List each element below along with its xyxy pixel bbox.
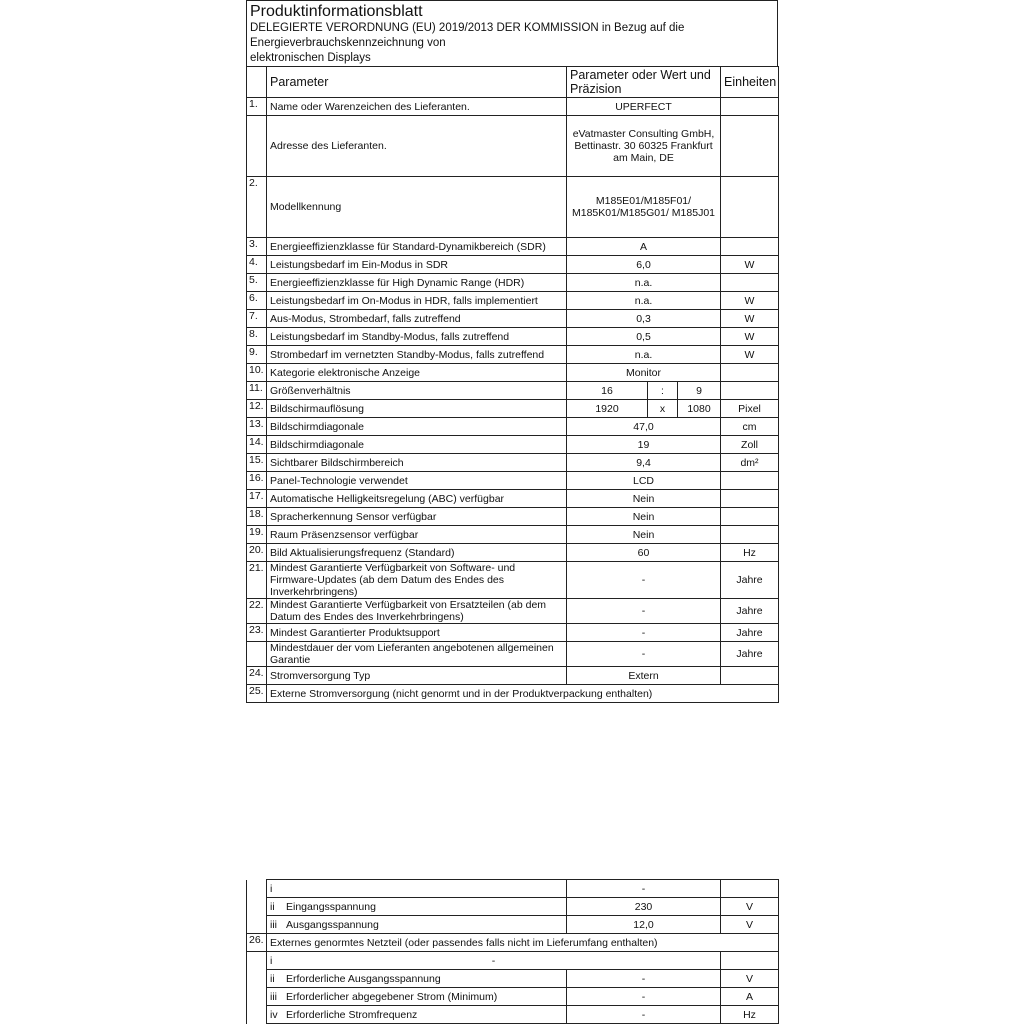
sub-row-value: - xyxy=(267,955,720,967)
row-parameter: Sichtbarer Bildschirmbereich xyxy=(267,454,567,472)
sub-row-parameter: iiEingangsspannung xyxy=(267,898,567,916)
sub-row-unit xyxy=(721,952,779,970)
row-unit xyxy=(721,382,779,400)
header-parameter: Parameter xyxy=(267,67,567,98)
row-value-a: 16 xyxy=(567,382,648,400)
table-row: 19.Raum Präsenzsensor verfügbarNein xyxy=(247,526,779,544)
row-unit: cm xyxy=(721,418,779,436)
row-value: 0,3 xyxy=(567,310,721,328)
power-supply-table: i-iiEingangsspannung230ViiiAusgangsspann… xyxy=(246,879,779,1024)
table-row: 11.Größenverhältnis16:9 xyxy=(247,382,779,400)
product-info-sheet-top: Produktinformationsblatt DELEGIERTE VERO… xyxy=(246,0,778,703)
row-number: 16. xyxy=(247,472,267,490)
row-number: 7. xyxy=(247,310,267,328)
row-number: 12. xyxy=(247,400,267,418)
row-parameter: Leistungsbedarf im Ein-Modus in SDR xyxy=(267,256,567,274)
row-unit: W xyxy=(721,310,779,328)
row-parameter: Panel-Technologie verwendet xyxy=(267,472,567,490)
sub-row: ivErforderliche Stromfrequenz-Hz xyxy=(247,1006,779,1024)
sub-row-value: 230 xyxy=(567,898,721,916)
table-row: 13.Bildschirmdiagonale47,0cm xyxy=(247,418,779,436)
row-value: 19 xyxy=(567,436,721,454)
row-unit xyxy=(721,526,779,544)
table-row: 16.Panel-Technologie verwendetLCD xyxy=(247,472,779,490)
sub-row-parameter: iiErforderliche Ausgangsspannung xyxy=(267,970,567,988)
table-row: 18.Spracherkennung Sensor verfügbarNein xyxy=(247,508,779,526)
row-unit xyxy=(721,238,779,256)
row-value: 6,0 xyxy=(567,256,721,274)
row-parameter: Mindest Garantierte Verfügbarkeit von Er… xyxy=(267,599,567,624)
sub-row-value: - xyxy=(567,988,721,1006)
row-parameter: Bildschirmdiagonale xyxy=(267,436,567,454)
sub-row: iiiAusgangsspannung12,0V xyxy=(247,916,779,934)
header-value: Parameter oder Wert und Präzision xyxy=(567,67,721,98)
row-parameter: Raum Präsenzsensor verfügbar xyxy=(267,526,567,544)
row-number xyxy=(247,642,267,667)
document-subtitle-line-1: DELEGIERTE VERORDNUNG (EU) 2019/2013 DER… xyxy=(250,21,774,36)
sub-row-unit xyxy=(721,880,779,898)
table-row-26: 26.Externes genormtes Netzteil (oder pas… xyxy=(247,934,779,952)
sub-row-label: Eingangsspannung xyxy=(286,901,376,913)
table-header-row: Parameter Parameter oder Wert und Präzis… xyxy=(247,67,779,98)
document-subtitle-line-2: Energieverbrauchskennzeichnung von xyxy=(250,36,774,51)
sub-row-roman: i xyxy=(270,883,286,895)
table-row: 23.Mindest Garantierter Produktsupport-J… xyxy=(247,624,779,642)
row-value: Nein xyxy=(567,508,721,526)
row-number xyxy=(247,1006,267,1024)
sub-row-roman: iii xyxy=(270,991,286,1003)
row-unit xyxy=(721,177,779,238)
table-row: 5.Energieeffizienzklasse für High Dynami… xyxy=(247,274,779,292)
row-value: Extern xyxy=(567,667,721,685)
sub-row-unit: V xyxy=(721,970,779,988)
row-number: 3. xyxy=(247,238,267,256)
table-row: Mindestdauer der vom Lieferanten angebot… xyxy=(247,642,779,667)
row-number: 23. xyxy=(247,624,267,642)
sub-row-parameter: ivErforderliche Stromfrequenz xyxy=(267,1006,567,1024)
document-subtitle-line-3: elektronischen Displays xyxy=(250,51,774,66)
sub-row: iiEingangsspannung230V xyxy=(247,898,779,916)
row-value-b: 9 xyxy=(678,382,721,400)
sub-row-label: Erforderliche Stromfrequenz xyxy=(286,1009,417,1021)
row-number: 1. xyxy=(247,98,267,116)
sub-row-parameter: i- xyxy=(267,952,721,970)
sub-row: i- xyxy=(247,952,779,970)
sub-row-parameter: i xyxy=(267,880,567,898)
row-parameter: Größenverhältnis xyxy=(267,382,567,400)
header-num xyxy=(247,67,267,98)
table-row: 17.Automatische Helligkeitsregelung (ABC… xyxy=(247,490,779,508)
table-row: 24.Stromversorgung TypExtern xyxy=(247,667,779,685)
table-row: 12.Bildschirmauflösung1920x1080Pixel xyxy=(247,400,779,418)
row-number: 4. xyxy=(247,256,267,274)
row-unit xyxy=(721,274,779,292)
row-value: 0,5 xyxy=(567,328,721,346)
row-unit: W xyxy=(721,346,779,364)
row-value-separator: : xyxy=(648,382,678,400)
row-number: 9. xyxy=(247,346,267,364)
row-unit: Jahre xyxy=(721,599,779,624)
row-number: 5. xyxy=(247,274,267,292)
row-value: - xyxy=(567,562,721,599)
row-parameter: Modellkennung xyxy=(267,177,567,238)
row-unit xyxy=(721,667,779,685)
row-unit: W xyxy=(721,292,779,310)
row-value-a: 1920 xyxy=(567,400,648,418)
row-number: 22. xyxy=(247,599,267,624)
sub-row-unit: V xyxy=(721,916,779,934)
row-unit: Jahre xyxy=(721,624,779,642)
row-number xyxy=(247,916,267,934)
row-parameter: Automatische Helligkeitsregelung (ABC) v… xyxy=(267,490,567,508)
row-value: A xyxy=(567,238,721,256)
row-number: 18. xyxy=(247,508,267,526)
row-parameter: Leistungsbedarf im On-Modus in HDR, fall… xyxy=(267,292,567,310)
row-parameter: Bildschirmdiagonale xyxy=(267,418,567,436)
sub-row-unit: A xyxy=(721,988,779,1006)
row-unit: W xyxy=(721,256,779,274)
row-value: eVatmaster Consulting GmbH, Bettinastr. … xyxy=(567,116,721,177)
row-unit: Hz xyxy=(721,544,779,562)
row-parameter: Adresse des Lieferanten. xyxy=(267,116,567,177)
table-row: 2.ModellkennungM185E01/M185F01/ M185K01/… xyxy=(247,177,779,238)
sub-row-unit: V xyxy=(721,898,779,916)
table-row: 21.Mindest Garantierte Verfügbarkeit von… xyxy=(247,562,779,599)
row-number: 10. xyxy=(247,364,267,382)
table-row: 15.Sichtbarer Bildschirmbereich9,4dm² xyxy=(247,454,779,472)
sub-row-roman: ii xyxy=(270,901,286,913)
row-parameter: Kategorie elektronische Anzeige xyxy=(267,364,567,382)
parameter-table: Parameter Parameter oder Wert und Präzis… xyxy=(246,66,779,703)
row-unit xyxy=(721,364,779,382)
row-parameter: Energieeffizienzklasse für High Dynamic … xyxy=(267,274,567,292)
row-parameter: Bildschirmauflösung xyxy=(267,400,567,418)
row-value: n.a. xyxy=(567,346,721,364)
row-unit xyxy=(721,472,779,490)
sub-row: iiiErforderlicher abgegebener Strom (Min… xyxy=(247,988,779,1006)
sub-row-label: Ausgangsspannung xyxy=(286,919,379,931)
row-value: 47,0 xyxy=(567,418,721,436)
table-row: 8.Leistungsbedarf im Standby-Modus, fall… xyxy=(247,328,779,346)
product-info-sheet-bottom: i-iiEingangsspannung230ViiiAusgangsspann… xyxy=(246,879,778,1024)
row-unit: Zoll xyxy=(721,436,779,454)
row-value: M185E01/M185F01/ M185K01/M185G01/ M185J0… xyxy=(567,177,721,238)
row-parameter: Energieeffizienzklasse für Standard-Dyna… xyxy=(267,238,567,256)
row-value: Nein xyxy=(567,490,721,508)
row-value: - xyxy=(567,624,721,642)
row-number: 13. xyxy=(247,418,267,436)
sub-row-value: - xyxy=(567,1006,721,1024)
row-value: n.a. xyxy=(567,274,721,292)
row-parameter: Mindestdauer der vom Lieferanten angebot… xyxy=(267,642,567,667)
sub-row-roman: ii xyxy=(270,973,286,985)
row-value: - xyxy=(567,642,721,667)
row-number xyxy=(247,898,267,916)
sub-row-label: Erforderliche Ausgangsspannung xyxy=(286,973,441,985)
row-parameter: Name oder Warenzeichen des Lieferanten. xyxy=(267,98,567,116)
row-number: 2. xyxy=(247,177,267,238)
table-row: 4.Leistungsbedarf im Ein-Modus in SDR6,0… xyxy=(247,256,779,274)
row-unit xyxy=(721,508,779,526)
row-number xyxy=(247,952,267,970)
row-parameter: Mindest Garantierte Verfügbarkeit von So… xyxy=(267,562,567,599)
table-row: 3.Energieeffizienzklasse für Standard-Dy… xyxy=(247,238,779,256)
sub-row-label: Erforderlicher abgegebener Strom (Minimu… xyxy=(286,991,497,1003)
row-value: 60 xyxy=(567,544,721,562)
row-number: 15. xyxy=(247,454,267,472)
row-number: 25. xyxy=(247,685,267,703)
row-26-label: Externes genormtes Netzteil (oder passen… xyxy=(267,934,779,952)
row-number xyxy=(247,988,267,1006)
table-row-25: 25.Externe Stromversorgung (nicht genorm… xyxy=(247,685,779,703)
sub-row-parameter: iiiErforderlicher abgegebener Strom (Min… xyxy=(267,988,567,1006)
row-number: 19. xyxy=(247,526,267,544)
table-row: Adresse des Lieferanten.eVatmaster Consu… xyxy=(247,116,779,177)
row-unit xyxy=(721,98,779,116)
sub-row: iiErforderliche Ausgangsspannung-V xyxy=(247,970,779,988)
header-unit: Einheiten xyxy=(721,67,779,98)
table-row: 14.Bildschirmdiagonale19Zoll xyxy=(247,436,779,454)
row-parameter: Mindest Garantierter Produktsupport xyxy=(267,624,567,642)
document-title: Produktinformationsblatt xyxy=(250,2,774,21)
row-number: 14. xyxy=(247,436,267,454)
row-value: 9,4 xyxy=(567,454,721,472)
row-unit: Jahre xyxy=(721,562,779,599)
row-number: 6. xyxy=(247,292,267,310)
sub-row-value: - xyxy=(567,970,721,988)
sub-row: i- xyxy=(247,880,779,898)
sub-row-value: - xyxy=(567,880,721,898)
row-number xyxy=(247,970,267,988)
row-number: 8. xyxy=(247,328,267,346)
row-value-separator: x xyxy=(648,400,678,418)
table-row: 10.Kategorie elektronische AnzeigeMonito… xyxy=(247,364,779,382)
row-unit xyxy=(721,116,779,177)
row-number: 26. xyxy=(247,934,267,952)
row-number: 17. xyxy=(247,490,267,508)
row-value-b: 1080 xyxy=(678,400,721,418)
row-parameter: Bild Aktualisierungsfrequenz (Standard) xyxy=(267,544,567,562)
sub-row-value: 12,0 xyxy=(567,916,721,934)
row-unit: dm² xyxy=(721,454,779,472)
sub-row-unit: Hz xyxy=(721,1006,779,1024)
row-unit: Jahre xyxy=(721,642,779,667)
table-row: 20.Bild Aktualisierungsfrequenz (Standar… xyxy=(247,544,779,562)
row-value: n.a. xyxy=(567,292,721,310)
sub-row-roman: iv xyxy=(270,1009,286,1021)
row-parameter: Spracherkennung Sensor verfügbar xyxy=(267,508,567,526)
row-value: LCD xyxy=(567,472,721,490)
row-unit xyxy=(721,490,779,508)
row-number: 21. xyxy=(247,562,267,599)
table-row: 6.Leistungsbedarf im On-Modus in HDR, fa… xyxy=(247,292,779,310)
table-row: 9.Strombedarf im vernetzten Standby-Modu… xyxy=(247,346,779,364)
table-row: 7.Aus-Modus, Strombedarf, falls zutreffe… xyxy=(247,310,779,328)
row-number: 24. xyxy=(247,667,267,685)
sub-row-roman: iii xyxy=(270,919,286,931)
row-number xyxy=(247,116,267,177)
sub-row-parameter: iiiAusgangsspannung xyxy=(267,916,567,934)
row-parameter: Leistungsbedarf im Standby-Modus, falls … xyxy=(267,328,567,346)
row-value: Monitor xyxy=(567,364,721,382)
table-row: 1.Name oder Warenzeichen des Lieferanten… xyxy=(247,98,779,116)
row-number xyxy=(247,880,267,898)
row-parameter: Strombedarf im vernetzten Standby-Modus,… xyxy=(267,346,567,364)
row-parameter: Stromversorgung Typ xyxy=(267,667,567,685)
row-unit: W xyxy=(721,328,779,346)
row-25-label: Externe Stromversorgung (nicht genormt u… xyxy=(267,685,779,703)
row-value: - xyxy=(567,599,721,624)
title-box: Produktinformationsblatt DELEGIERTE VERO… xyxy=(246,0,778,66)
row-unit: Pixel xyxy=(721,400,779,418)
row-parameter: Aus-Modus, Strombedarf, falls zutreffend xyxy=(267,310,567,328)
row-number: 20. xyxy=(247,544,267,562)
row-value: Nein xyxy=(567,526,721,544)
table-row: 22.Mindest Garantierte Verfügbarkeit von… xyxy=(247,599,779,624)
row-number: 11. xyxy=(247,382,267,400)
row-value: UPERFECT xyxy=(567,98,721,116)
